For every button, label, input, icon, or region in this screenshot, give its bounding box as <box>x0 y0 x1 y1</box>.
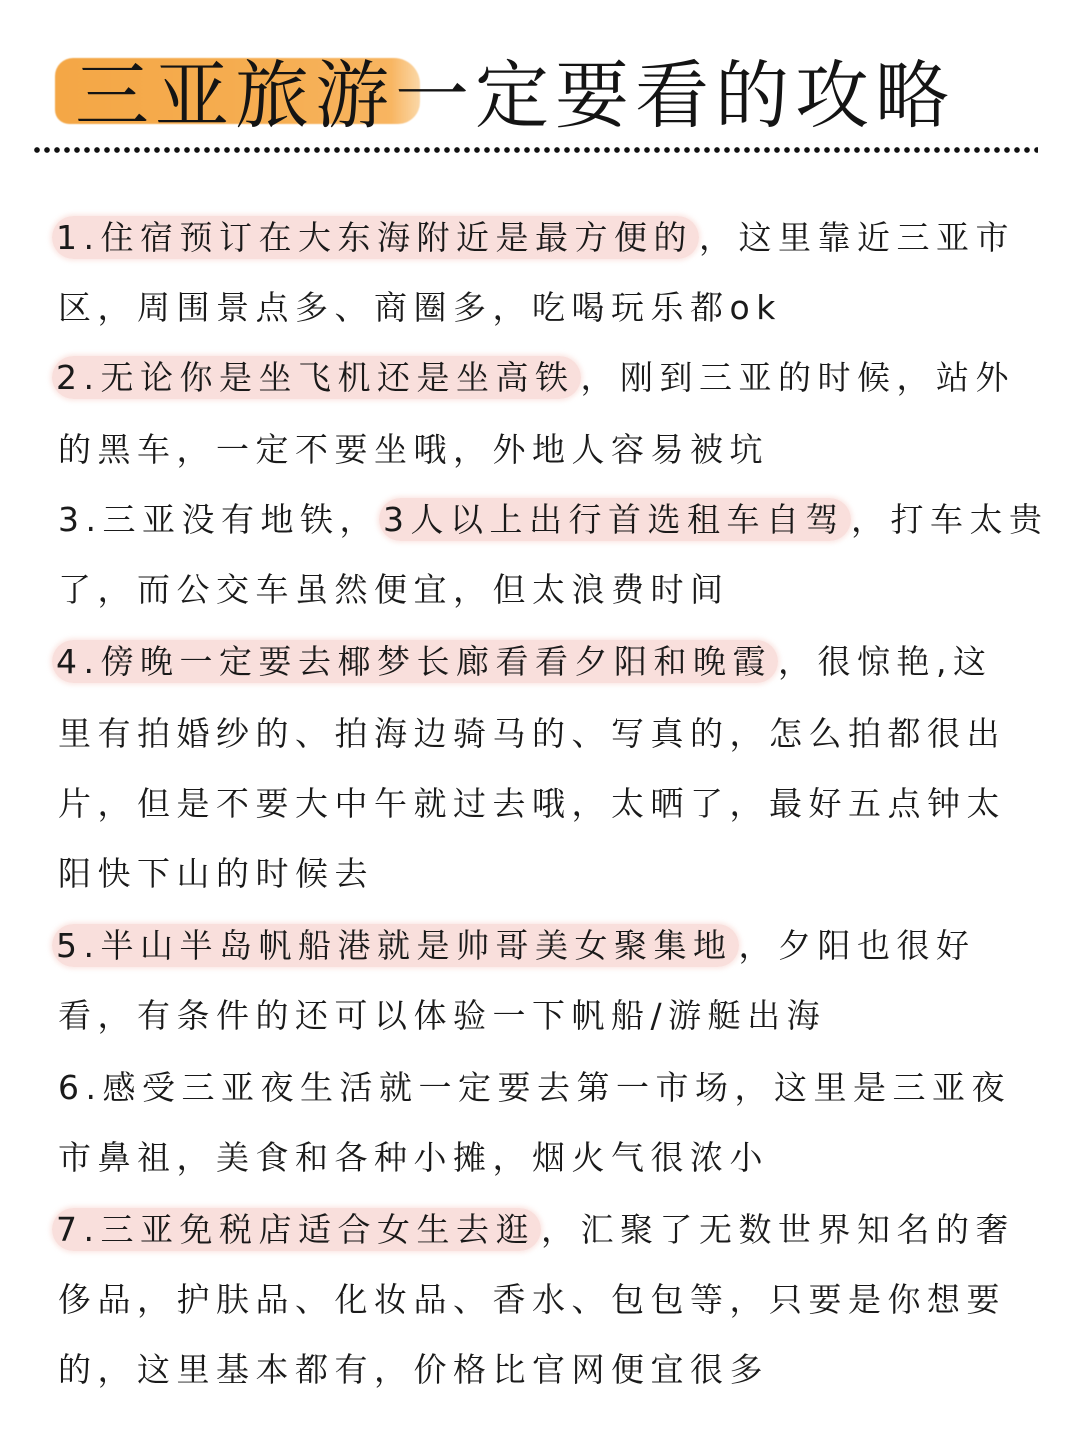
tip-text: 侈品，护肤品、化妆品、香水、包包等，只要是你想要 <box>58 1280 1006 1319</box>
title-highlighted: 三亚旅游 <box>75 53 395 139</box>
tip-6-line-1: 6.感受三亚夜生活就一定要去第一市场，这里是三亚夜 <box>58 1066 1011 1110</box>
tip-highlight: 1.住宿预订在大东海附近是最方便的 <box>52 216 699 259</box>
tip-text: 区，周围景点多、商圈多，吃喝玩乐都ok <box>58 288 782 327</box>
tip-text: ，这里靠近三亚市 <box>699 218 1015 257</box>
tip-7-line-3: 的，这里基本都有，价格比官网便宜很多 <box>58 1348 769 1392</box>
tip-3-line-2: 了，而公交车虽然便宜，但太浪费时间 <box>58 568 730 612</box>
tip-4-line-1: 4.傍晚一定要去椰梦长廊看看夕阳和晚霞，很惊艳,这 <box>58 640 993 684</box>
tip-text: 的黑车，一定不要坐哦，外地人容易被坑 <box>58 430 769 469</box>
tip-highlight: 3人以上出行首选租车自驾 <box>379 498 851 541</box>
tip-text: ，汇聚了无数世界知名的奢 <box>541 1210 1015 1249</box>
tip-3-line-1: 3.三亚没有地铁，3人以上出行首选租车自驾，打车太贵 <box>58 498 1049 542</box>
dotted-divider <box>32 145 1038 155</box>
tip-text: 片，但是不要大中午就过去哦，太晒了，最好五点钟太 <box>58 784 1006 823</box>
tip-4-line-2: 里有拍婚纱的、拍海边骑马的、写真的，怎么拍都很出 <box>58 712 1006 756</box>
tip-text: 里有拍婚纱的、拍海边骑马的、写真的，怎么拍都很出 <box>58 714 1006 753</box>
tip-highlight: 4.傍晚一定要去椰梦长廊看看夕阳和晚霞 <box>52 640 778 683</box>
tip-text: ，很惊艳,这 <box>778 642 993 681</box>
tip-text: ，夕阳也很好 <box>739 926 976 965</box>
tip-text: 看，有条件的还可以体验一下帆船/游艇出海 <box>58 996 826 1035</box>
tip-highlight: 7.三亚免税店适合女生去逛 <box>52 1208 541 1251</box>
tip-1-line-2: 区，周围景点多、商圈多，吃喝玩乐都ok <box>58 286 782 330</box>
title-rest: 一定要看的攻略 <box>395 53 955 139</box>
tip-text: ，打车太贵 <box>851 500 1049 539</box>
tip-text: 的，这里基本都有，价格比官网便宜很多 <box>58 1350 769 1389</box>
tip-text: 阳快下山的时候去 <box>58 854 374 893</box>
tip-text: 市鼻祖，美食和各种小摊，烟火气很浓小 <box>58 1138 769 1177</box>
tip-5-line-1: 5.半山半岛帆船港就是帅哥美女聚集地，夕阳也很好 <box>58 924 976 968</box>
tip-2-line-1: 2.无论你是坐飞机还是坐高铁，刚到三亚的时候，站外 <box>58 356 1015 400</box>
tip-4-line-4: 阳快下山的时候去 <box>58 852 374 896</box>
tip-7-line-1: 7.三亚免税店适合女生去逛，汇聚了无数世界知名的奢 <box>58 1208 1015 1252</box>
tip-highlight: 5.半山半岛帆船港就是帅哥美女聚集地 <box>52 924 739 967</box>
tip-text: 6.感受三亚夜生活就一定要去第一市场，这里是三亚夜 <box>58 1068 1011 1107</box>
tip-text: 3.三亚没有地铁， <box>58 500 379 539</box>
tip-4-line-3: 片，但是不要大中午就过去哦，太晒了，最好五点钟太 <box>58 782 1006 826</box>
tip-7-line-2: 侈品，护肤品、化妆品、香水、包包等，只要是你想要 <box>58 1278 1006 1322</box>
tip-2-line-2: 的黑车，一定不要坐哦，外地人容易被坑 <box>58 428 769 472</box>
tip-6-line-2: 市鼻祖，美食和各种小摊，烟火气很浓小 <box>58 1136 769 1180</box>
title-text: 三亚旅游一定要看的攻略 <box>75 48 955 144</box>
tip-text: 了，而公交车虽然便宜，但太浪费时间 <box>58 570 730 609</box>
tip-text: ，刚到三亚的时候，站外 <box>581 358 1016 397</box>
tip-highlight: 2.无论你是坐飞机还是坐高铁 <box>52 356 581 399</box>
page-title: 三亚旅游一定要看的攻略 <box>0 48 1080 148</box>
tip-1-line-1: 1.住宿预订在大东海附近是最方便的，这里靠近三亚市 <box>58 216 1015 260</box>
tip-5-line-2: 看，有条件的还可以体验一下帆船/游艇出海 <box>58 994 826 1038</box>
